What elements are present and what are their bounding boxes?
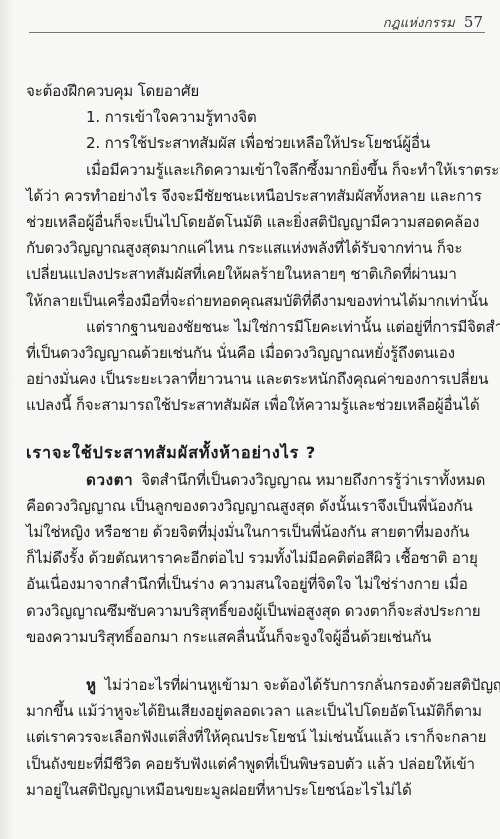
ears-first-line: ไม่ว่าอะไรที่ผ่านหูเข้ามา จะต้องได้รับกา… — [105, 676, 500, 694]
eyes-paragraph: ดวงตาจิตสำนึกที่เป็นดวงวิญญาณ หมายถึงการ… — [26, 467, 486, 650]
page-number: 57 — [464, 13, 483, 31]
paragraph-line: ช่วยเหลือผู้อื่นก็จะเป็นไปโดยอัตโนมัติ แ… — [26, 209, 486, 235]
intro-line: จะต้องฝึกควบคุม โดยอาศัย — [26, 78, 486, 104]
paragraph-line: ดวงวิญญาณซึมซับความบริสุทธิ์ของผู้เป็นพ่… — [26, 598, 486, 624]
ears-paragraph: หูไม่ว่าอะไรที่ผ่านหูเข้ามา จะต้องได้รับ… — [26, 672, 486, 803]
paragraph-line: เป็นถังขยะที่มีชีวิต คอยรับฟังแต่คำพูดที… — [26, 751, 486, 777]
paragraph-line: แต่รากฐานของชัยชนะ ไม่ใช่การมีโยคะเท่านั… — [26, 314, 486, 340]
lead-word-eyes: ดวงตา — [86, 471, 133, 489]
paragraph-line: แปลงนี้ ก็จะสามารถใช้ประสาทสัมผัส เพื่อใ… — [26, 392, 486, 418]
list-item-1: 1. การเข้าใจความรู้ทางจิต — [26, 104, 486, 130]
book-title: กฎแห่งกรรม — [383, 12, 455, 33]
paragraph-line: คือดวงวิญญาณ เป็นลูกของดวงวิญญาณสูงสุด ด… — [26, 493, 486, 519]
list-item-2: 2. การใช้ประสาทสัมผัส เพื่อช่วยเหลือให้ป… — [26, 130, 486, 156]
paragraph-line: ที่เป็นดวงวิญญาณด้วยเช่นกัน นั่นคือ เมื่… — [26, 340, 486, 366]
eyes-first-line: จิตสำนึกที่เป็นดวงวิญญาณ หมายถึงการรู้ว่… — [141, 471, 485, 489]
spacer — [26, 418, 486, 440]
page-gutter-shade — [0, 0, 14, 839]
lead-word-ears: หู — [86, 676, 97, 694]
section-heading: เราจะใช้ประสาทสัมผัสทั้งห้าอย่างไร ? — [26, 440, 486, 466]
page-body: จะต้องฝึกควบคุม โดยอาศัย 1. การเข้าใจควา… — [26, 78, 486, 803]
header-rule — [29, 32, 485, 33]
paragraph-line: กับดวงวิญญาณสูงสุดมากแค่ไหน กระแสแห่งพลั… — [26, 235, 486, 261]
paragraph-line: อันเนื่องมาจากสำนึกที่เป็นร่าง ความสนใจอ… — [26, 571, 486, 597]
paragraph-line: เมื่อมีความรู้และเกิดความเข้าใจลึกซึ้งมา… — [26, 157, 486, 183]
paragraph-line: หูไม่ว่าอะไรที่ผ่านหูเข้ามา จะต้องได้รับ… — [26, 672, 486, 698]
paragraph-line: ให้กลายเป็นเครื่องมือที่จะถ่ายทอดคุณสมบั… — [26, 288, 486, 314]
paragraph-line: อย่างมั่นคง เป็นระยะเวลาที่ยาวนาน และตระ… — [26, 366, 486, 392]
paragraph-line: ของความบริสุทธิ์ออกมา กระแสคลื่นนั้นก็จะ… — [26, 624, 486, 650]
spacer — [26, 650, 486, 672]
paragraph-line: ก็ไม่ดึงรั้ง ด้วยตัณหาราคะอีกต่อไป รวมทั… — [26, 545, 486, 571]
paragraph-line: ดวงตาจิตสำนึกที่เป็นดวงวิญญาณ หมายถึงการ… — [26, 467, 486, 493]
paragraph-line: มาอยู่ในสติปัญญาเหมือนขยะมูลฝอยที่หาประโ… — [26, 777, 486, 803]
paragraph-1: เมื่อมีความรู้และเกิดความเข้าใจลึกซึ้งมา… — [26, 157, 486, 314]
running-header: กฎแห่งกรรม 57 — [383, 12, 483, 33]
paragraph-line: มากขึ้น แม้ว่าหูจะได้ยินเสียงอยู่ตลอดเวล… — [26, 698, 486, 724]
paragraph-line: เปลี่ยนแปลงประสาทสัมผัสที่เคยให้ผลร้ายใน… — [26, 261, 486, 287]
paragraph-line: แต่เราควรจะเลือกฟังแต่สิ่งที่ให้คุณประโย… — [26, 724, 486, 750]
paragraph-line: ไม่ใช่หญิง หรือชาย ด้วยจิตที่มุ่งมั่นในก… — [26, 519, 486, 545]
paragraph-line: ได้ว่า ควรทำอย่างไร จึงจะมีชัยชนะเหนือปร… — [26, 183, 486, 209]
paragraph-2: แต่รากฐานของชัยชนะ ไม่ใช่การมีโยคะเท่านั… — [26, 314, 486, 419]
